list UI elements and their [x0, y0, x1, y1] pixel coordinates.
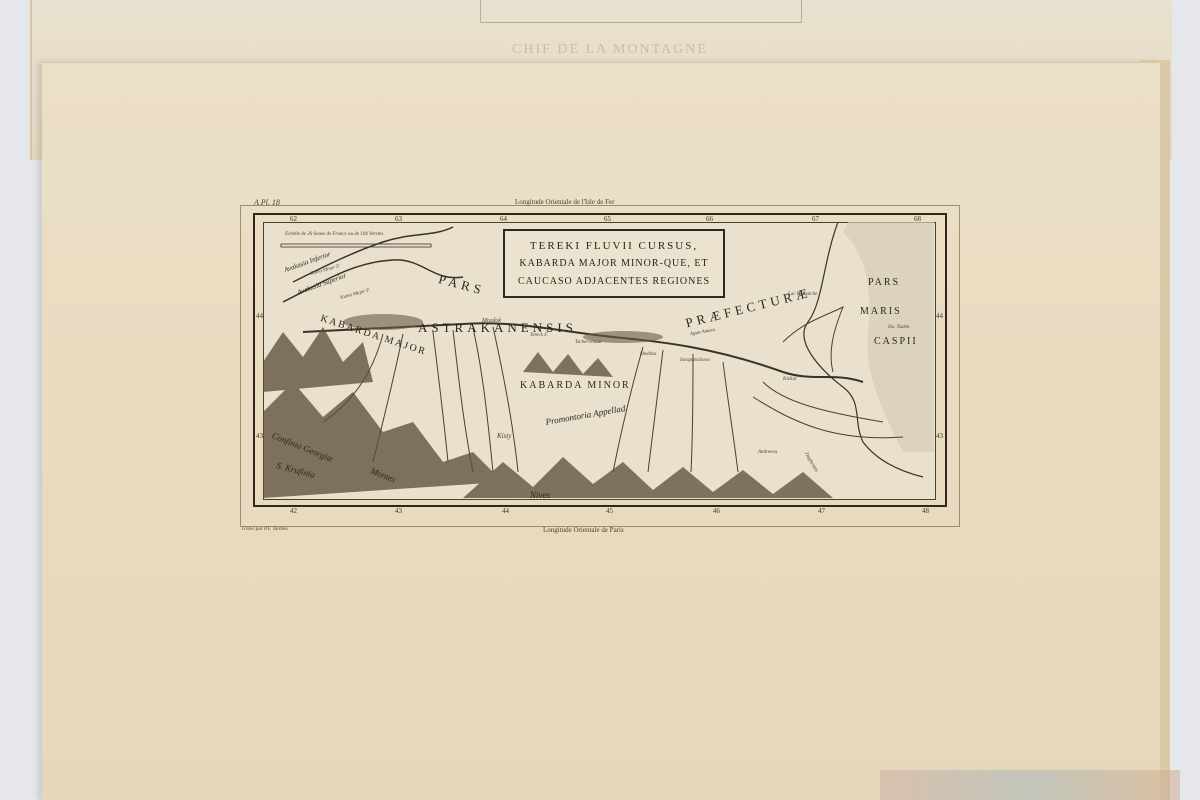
bottom-tick-44: 44: [502, 507, 509, 515]
cartouche-line-1: TEREKI FLUVII CURSUS,: [530, 237, 698, 255]
top-tick-62: 62: [290, 215, 297, 223]
bottom-tick-45: 45: [606, 507, 613, 515]
bottom-tick-47: 47: [818, 507, 825, 515]
right-tick-43: 43: [936, 432, 943, 440]
label-nives: Nives: [530, 490, 550, 500]
bottom-tick-43: 43: [395, 507, 402, 515]
label-island: Ins. Tsalen: [888, 325, 910, 330]
left-tick-43: 43: [256, 432, 263, 440]
plate-number: A Pl. 18: [254, 198, 280, 207]
label-caspii: CASPII: [874, 336, 918, 347]
label-lac-kalbatche: Lac Kalbatche: [788, 292, 817, 297]
top-tick-66: 66: [706, 215, 713, 223]
previous-plate-border: [480, 0, 802, 23]
cartouche-line-3: CAUCASO ADJACENTES REGIONES: [518, 273, 710, 291]
cartouche-line-2: KABARDA MAJOR MINOR-QUE, ET: [519, 255, 708, 273]
top-tick-63: 63: [395, 215, 402, 223]
title-cartouche: TEREKI FLUVII CURSUS, KABARDA MAJOR MINO…: [503, 229, 725, 298]
right-tick-44: 44: [936, 312, 943, 320]
bottom-longitude-title: Longitude Orientale de Paris: [543, 526, 624, 534]
top-tick-65: 65: [604, 215, 611, 223]
top-tick-64: 64: [500, 215, 507, 223]
left-tick-44: 44: [256, 312, 263, 320]
label-shedina: Shedina: [640, 352, 656, 357]
bottom-tick-48: 48: [922, 507, 929, 515]
label-sarapatschova: Sarapatschova: [680, 358, 710, 363]
label-maris: MARIS: [860, 306, 902, 317]
previous-page-ghost-text: CHIF DE LA MONTAGNE: [512, 42, 708, 58]
top-tick-68: 68: [914, 215, 921, 223]
label-pars-maris: PARS: [868, 277, 900, 288]
scale-bar-label: Echelle de 20 lieues de France ou de 104…: [285, 232, 383, 237]
engraver-credit: Gravé par P.F. Tardieu: [242, 527, 288, 532]
bottom-tick-46: 46: [713, 507, 720, 515]
bottom-tick-42: 42: [290, 507, 297, 515]
label-kisty: Kisty: [497, 432, 511, 440]
page-stack-edge: [880, 770, 1180, 800]
label-tereck: Tereck F.: [530, 333, 548, 338]
label-mozdok: Mozdok: [482, 318, 501, 324]
label-kizliar: Kizliar: [783, 377, 797, 382]
label-kabarda-minor: KABARDA MINOR: [520, 380, 631, 391]
label-andreeva: Andreeva: [758, 450, 777, 455]
label-tschervenaur: Tschervenaur: [575, 340, 602, 345]
top-tick-67: 67: [812, 215, 819, 223]
top-longitude-title: Longitude Orientale de l'Isle de Fer: [515, 198, 614, 206]
